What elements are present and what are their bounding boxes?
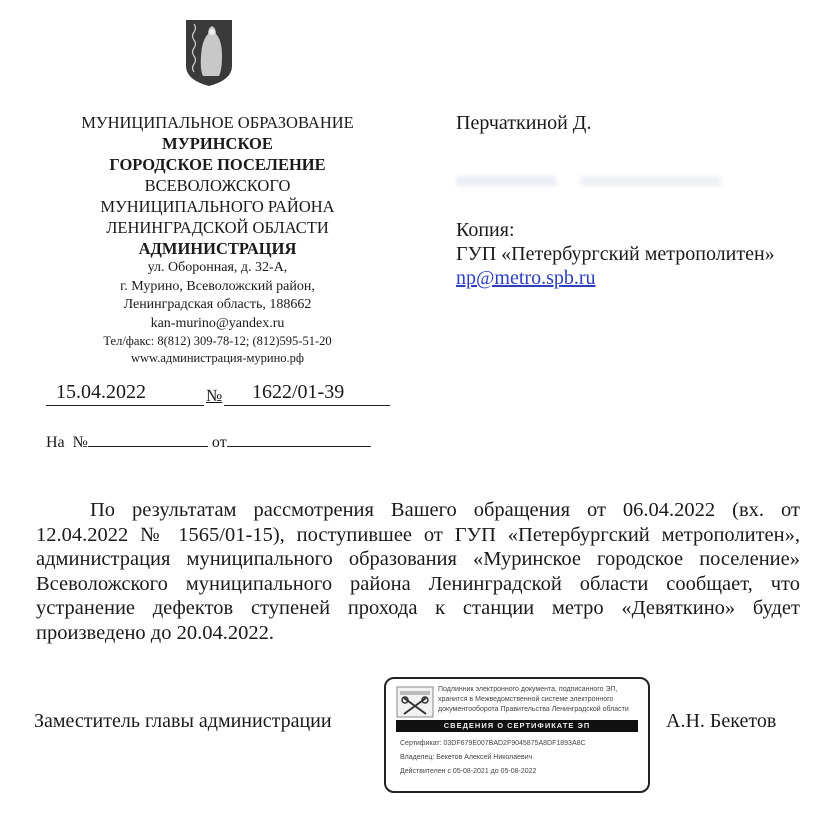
ref-number-field (88, 432, 208, 447)
leningrad-region-crest-icon (396, 686, 434, 718)
website-line: www.администрация-мурино.рф (40, 350, 395, 367)
number-sign: № (206, 386, 222, 406)
copy-org: ГУП «Петербургский метрополитен» (456, 242, 775, 266)
certificate-info: Сертификат: 03DF679E007BAD2F9045875A8DF1… (400, 737, 586, 779)
certificate-header: СВЕДЕНИЯ О СЕРТИФИКАТЕ ЭП (396, 720, 638, 732)
coat-of-arms-icon (184, 18, 234, 88)
ref-date-field (227, 432, 371, 447)
addressee-name: Перчаткиной Д. (456, 112, 591, 135)
stamp-notice-line: Подлинник электронного документа, подпис… (438, 685, 629, 695)
signer-title: Заместитель главы администрации (34, 710, 332, 733)
stamp-notice-line: документооборота Правительства Ленинград… (438, 705, 629, 715)
e-signature-stamp: Подлинник электронного документа, подпис… (384, 677, 650, 793)
address-line: г. Мурино, Всеволожский район, (40, 278, 395, 297)
certificate-validity: Действителен с 05-08-2021 до 05-08-2022 (400, 765, 586, 779)
copy-block: Копия: ГУП «Петербургский метрополитен» … (456, 218, 775, 290)
org-line: МУНИЦИПАЛЬНОЕ ОБРАЗОВАНИЕ (40, 112, 395, 133)
org-line: ЛЕНИНГРАДСКОЙ ОБЛАСТИ (40, 217, 395, 238)
reference-line: На № от (46, 432, 371, 452)
signer-name: А.Н. Бекетов (666, 710, 776, 733)
doc-date: 15.04.2022 (56, 381, 146, 404)
email-line: kan-murino@yandex.ru (40, 315, 395, 334)
redacted-line (456, 176, 721, 186)
stamp-notice-line: хранится в Межведомственной системе элек… (438, 695, 629, 705)
letter-body: По результатам рассмотрения Вашего обращ… (36, 498, 800, 645)
org-line: МУНИЦИПАЛЬНОГО РАЙОНА (40, 196, 395, 217)
ref-from: от (212, 434, 227, 451)
stamp-notice: Подлинник электронного документа, подпис… (438, 685, 629, 715)
address-line: ул. Оборонная, д. 32-А, (40, 259, 395, 278)
ref-prefix: На (46, 434, 65, 451)
org-line: АДМИНИСТРАЦИЯ (40, 238, 395, 259)
certificate-number: Сертификат: 03DF679E007BAD2F9045875A8DF1… (400, 737, 586, 751)
org-line: МУРИНСКОЕ (40, 133, 395, 154)
address-line: Ленинградская область, 188662 (40, 296, 395, 315)
org-line: ГОРОДСКОЕ ПОСЕЛЕНИЕ (40, 154, 395, 175)
doc-number: 1622/01-39 (252, 381, 344, 404)
registration-line: 15.04.2022 № 1622/01-39 (46, 380, 391, 406)
copy-label: Копия: (456, 218, 775, 242)
ref-number-sign: № (73, 434, 88, 451)
certificate-owner: Владелец: Бекетов Алексей Николаевич (400, 751, 586, 765)
org-line: ВСЕВОЛОЖСКОГО (40, 175, 395, 196)
sender-header: МУНИЦИПАЛЬНОЕ ОБРАЗОВАНИЕ МУРИНСКОЕ ГОРО… (40, 112, 395, 367)
phone-line: Тел/факс: 8(812) 309-78-12; (812)595-51-… (40, 333, 395, 350)
copy-email-link[interactable]: np@metro.spb.ru (456, 267, 596, 289)
